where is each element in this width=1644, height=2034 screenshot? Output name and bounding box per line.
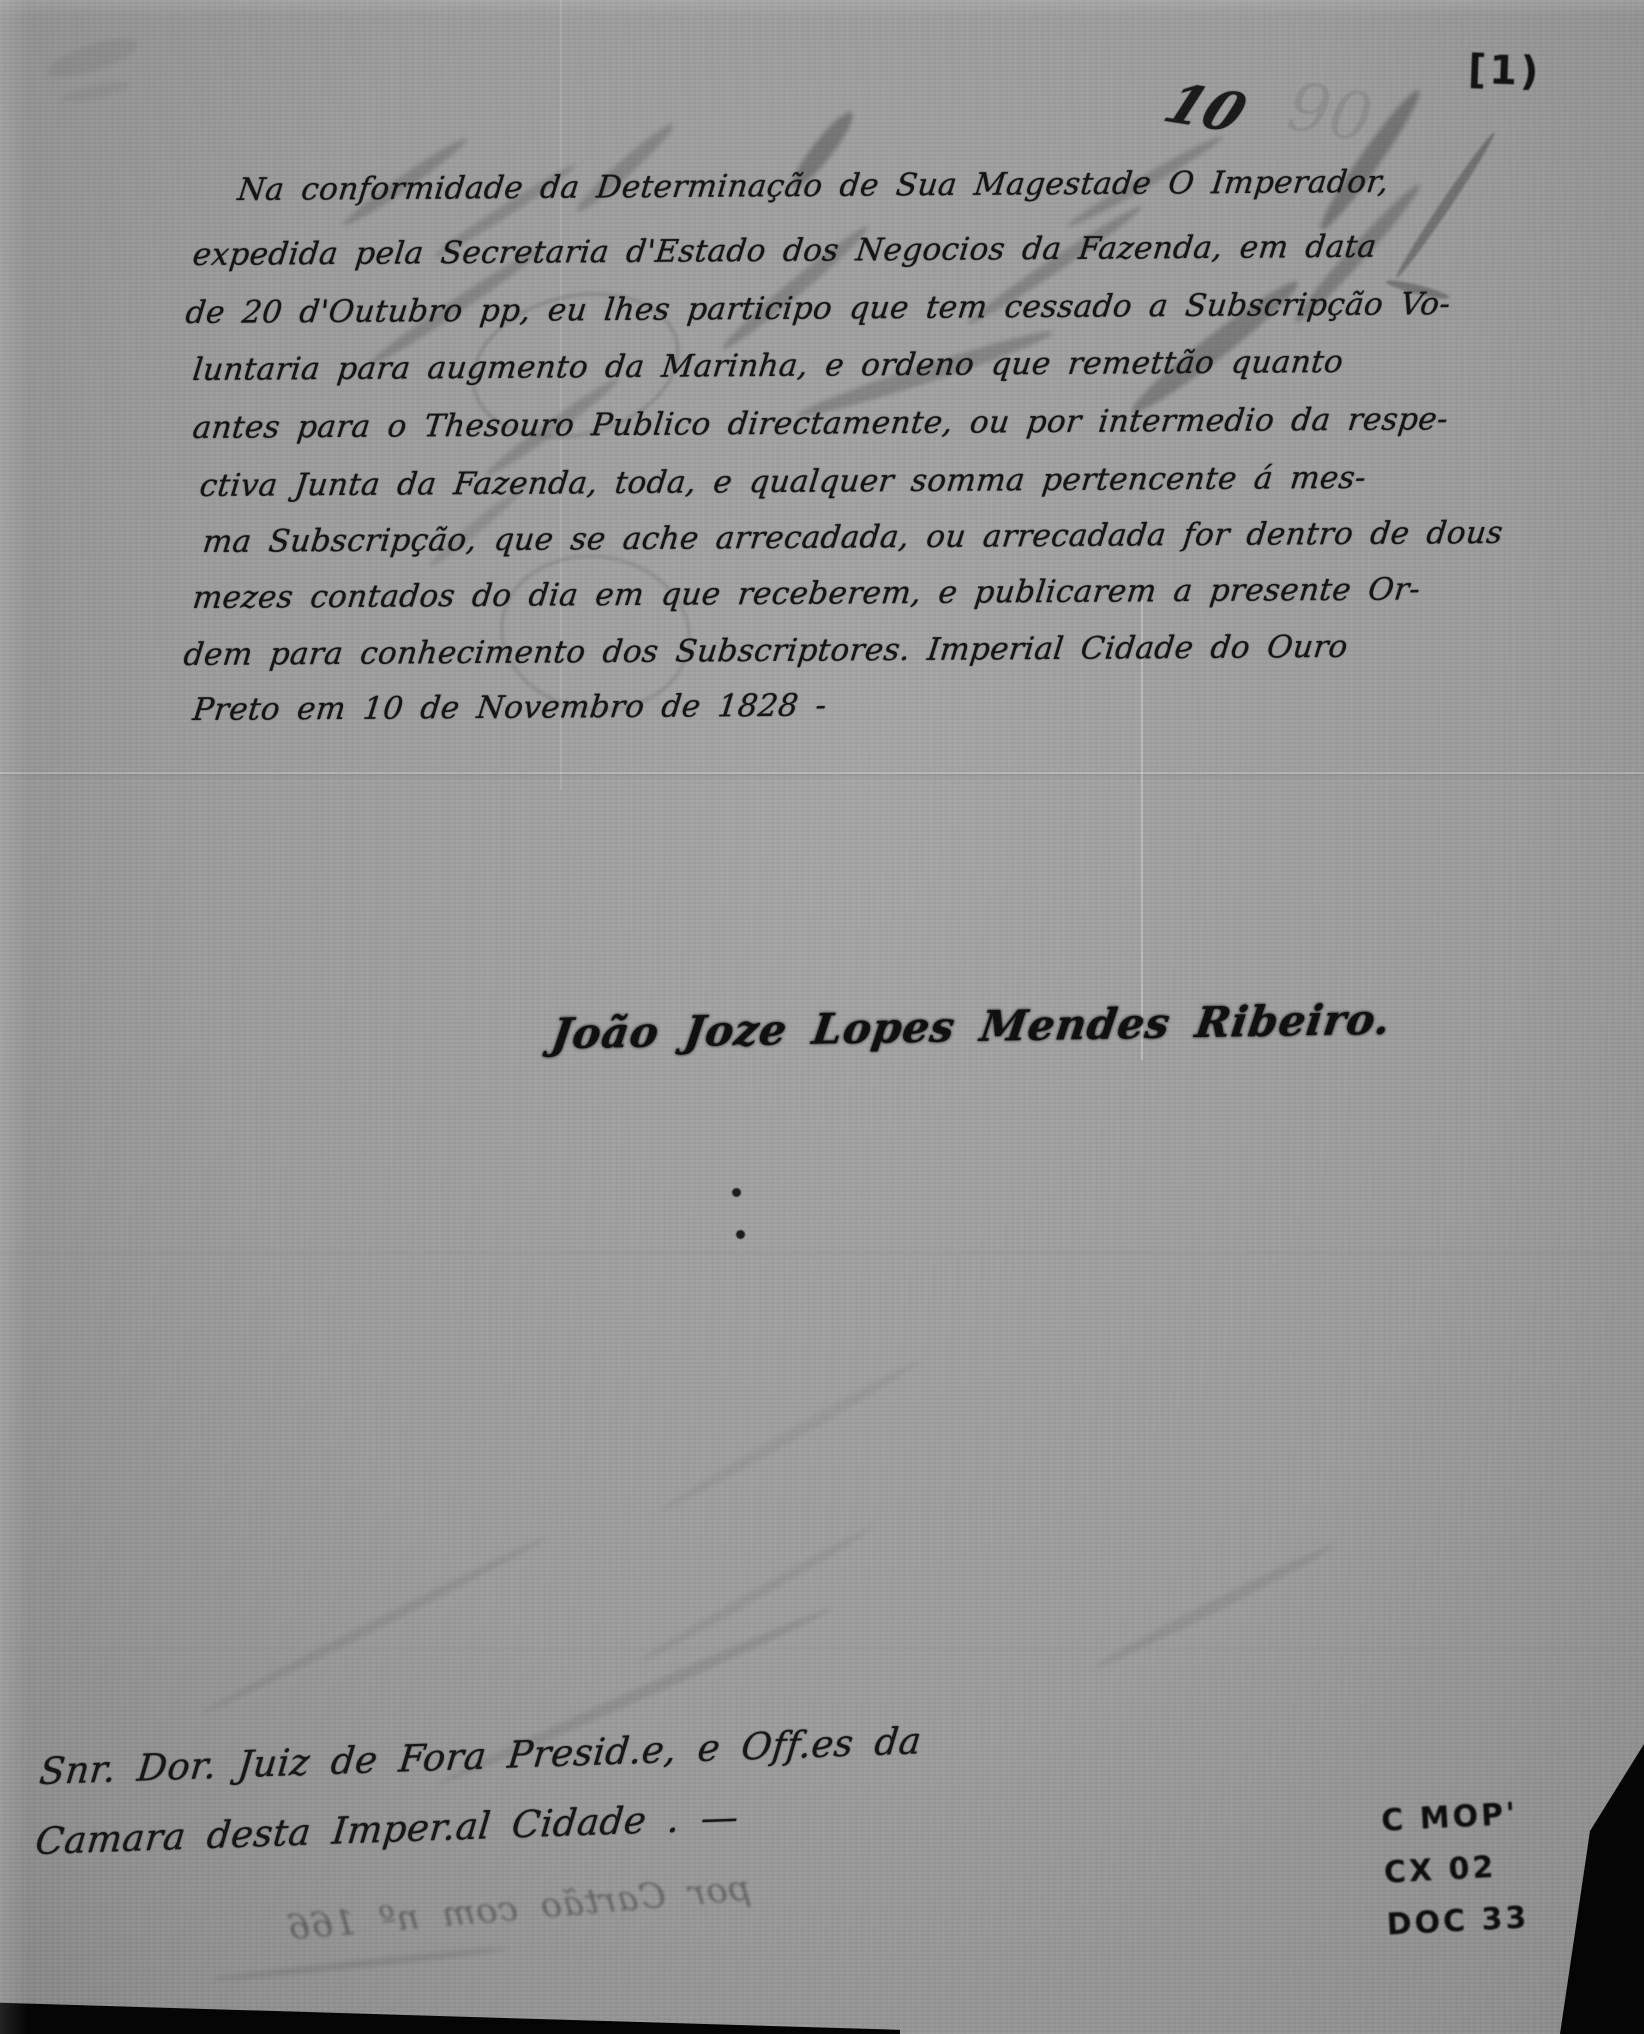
- manuscript-line: mezes contados do dia em que receberem, …: [191, 572, 1315, 616]
- scan-edge-shadow: [1524, 1744, 1644, 2034]
- manuscript-line: de 20 d'Outubro pp, eu lhes participo qu…: [184, 287, 1308, 331]
- fold-crease-horizontal: [0, 1648, 1644, 1650]
- archive-code-line1: C MOP': [1380, 1788, 1525, 1847]
- archive-code-line2: CX 02: [1383, 1840, 1528, 1899]
- manuscript-line: ctiva Junta da Fazenda, toda, e qualquer…: [198, 460, 1322, 504]
- manuscript-line: ma Subscripção, que se ache arrecadada, …: [201, 516, 1325, 560]
- archive-code-block: C MOP' CX 02 DOC 33: [1380, 1788, 1531, 1951]
- address-line: Camara desta Imper.al Cidade . —: [33, 1795, 740, 1863]
- archive-code-line3: DOC 33: [1385, 1892, 1530, 1951]
- fold-crease-vertical: [1141, 600, 1143, 1060]
- manuscript-line: dem para conhecimento dos Subscriptores.…: [182, 629, 1306, 673]
- corner-bracket-annotation: [1): [1467, 47, 1542, 96]
- pencil-number-annotation: 90: [1282, 67, 1378, 157]
- manuscript-line: expedida pela Secretaria d'Estado dos Ne…: [191, 229, 1315, 273]
- page-number-annotation: 10: [1156, 72, 1256, 144]
- signature: João Joze Lopes Mendes Ribeiro.: [549, 995, 1395, 1059]
- scan-edge-highlight: [0, 0, 28, 2034]
- ink-scribble: [59, 78, 130, 106]
- address-line: Snr. Dor. Juiz de Fora Presid.e, e Off.e…: [37, 1719, 923, 1793]
- scan-edge-shadow: [0, 1982, 900, 2034]
- fold-crease-horizontal: [0, 1252, 1644, 1254]
- scan-edge-highlight: [0, 0, 1644, 16]
- manuscript-line: Preto em 10 de Novembro de 1828 -: [191, 684, 1315, 728]
- ink-dot: [736, 1230, 745, 1239]
- scanned-manuscript-page: 10 90 [1) Na conformidade da Determinaçã…: [0, 0, 1644, 2034]
- ink-scribble: [43, 31, 141, 85]
- manuscript-line: antes para o Thesouro Publico directamen…: [191, 402, 1315, 446]
- bleed-through-text: por Cartão com nº 166: [72, 1868, 753, 1967]
- ink-scribble: [657, 1356, 923, 1516]
- ink-scribble: [199, 1532, 551, 1718]
- ink-scribble: [1092, 1539, 1338, 1672]
- fold-crease-horizontal: [0, 772, 1644, 774]
- manuscript-line: luntaria para augmento da Marinha, e ord…: [191, 344, 1315, 388]
- manuscript-line: Na conformidade da Determinação de Sua M…: [236, 164, 1360, 208]
- ink-dot: [732, 1188, 741, 1197]
